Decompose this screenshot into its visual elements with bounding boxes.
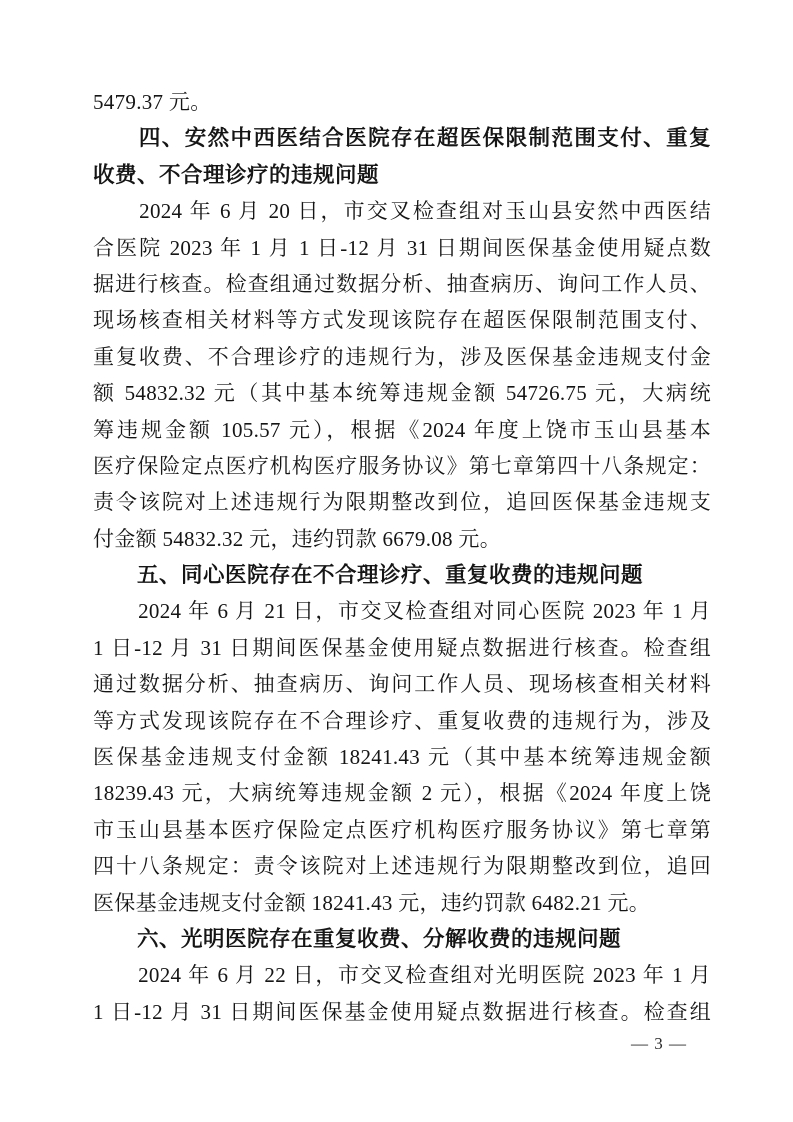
para-section-4-line-3: 据进行核查。检查组通过数据分析、抽查病历、询问工作人员、 [93, 266, 711, 302]
heading-section-6-line-1: 六、光明医院存在重复收费、分解收费的违规问题 [93, 921, 711, 957]
heading-section-5-line-1: 五、同心医院存在不合理诊疗、重复收费的违规问题 [93, 557, 711, 593]
para-section-4-line-9: 责令该院对上述违规行为限期整改到位，追回医保基金违规支 [93, 484, 711, 520]
para-section-5-line-1: 2024 年 6 月 21 日，市交叉检查组对同心医院 2023 年 1 月 [93, 593, 711, 629]
para-section-4-line-6: 额 54832.32 元（其中基本统筹违规金额 54726.75 元，大病统 [93, 375, 711, 411]
para-section-6-line-2: 1 日-12 月 31 日期间医保基金使用疑点数据进行核查。检查组 [93, 994, 711, 1030]
document-page: 5479.37 元。 四、安然中西医结合医院存在超医保限制范围支付、重复收费、不… [0, 0, 793, 1122]
para-section-5-line-6: 18239.43 元，大病统筹违规金额 2 元），根据《2024 年度上饶 [93, 775, 711, 811]
para-section-5-line-4: 等方式发现该院存在不合理诊疗、重复收费的违规行为，涉及 [93, 703, 711, 739]
para-section-4-line-7: 筹违规金额 105.57 元），根据《2024 年度上饶市玉山县基本 [93, 412, 711, 448]
heading-section-4-line-2: 收费、不合理诊疗的违规问题 [93, 157, 711, 193]
para-section-4-line-4: 现场核查相关材料等方式发现该院存在超医保限制范围支付、 [93, 302, 711, 338]
para-section-6-line-1: 2024 年 6 月 22 日，市交叉检查组对光明医院 2023 年 1 月 [93, 957, 711, 993]
para-section-4-line-1: 2024 年 6 月 20 日，市交叉检查组对玉山县安然中西医结 [93, 193, 711, 229]
para-section-5-line-5: 医保基金违规支付金额 18241.43 元（其中基本统筹违规金额 [93, 739, 711, 775]
para-carryover-line-1: 5479.37 元。 [93, 84, 711, 120]
para-section-5-line-3: 通过数据分析、抽查病历、询问工作人员、现场核查相关材料 [93, 666, 711, 702]
text-area: 5479.37 元。 四、安然中西医结合医院存在超医保限制范围支付、重复收费、不… [93, 84, 711, 1030]
heading-section-4-line-1: 四、安然中西医结合医院存在超医保限制范围支付、重复 [93, 120, 711, 156]
para-section-4-line-8: 医疗保险定点医疗机构医疗服务协议》第七章第四十八条规定： [93, 448, 711, 484]
para-section-4-line-10: 付金额 54832.32 元，违约罚款 6679.08 元。 [93, 521, 711, 557]
page-number: — 3 — [631, 1034, 687, 1054]
para-section-4-line-2: 合医院 2023 年 1 月 1 日-12 月 31 日期间医保基金使用疑点数 [93, 230, 711, 266]
para-section-4-line-5: 重复收费、不合理诊疗的违规行为，涉及医保基金违规支付金 [93, 339, 711, 375]
para-section-5-line-7: 市玉山县基本医疗保险定点医疗机构医疗服务协议》第七章第 [93, 812, 711, 848]
para-section-5-line-9: 医保基金违规支付金额 18241.43 元，违约罚款 6482.21 元。 [93, 885, 711, 921]
para-section-5-line-2: 1 日-12 月 31 日期间医保基金使用疑点数据进行核查。检查组 [93, 630, 711, 666]
para-section-5-line-8: 四十八条规定：责令该院对上述违规行为限期整改到位，追回 [93, 848, 711, 884]
